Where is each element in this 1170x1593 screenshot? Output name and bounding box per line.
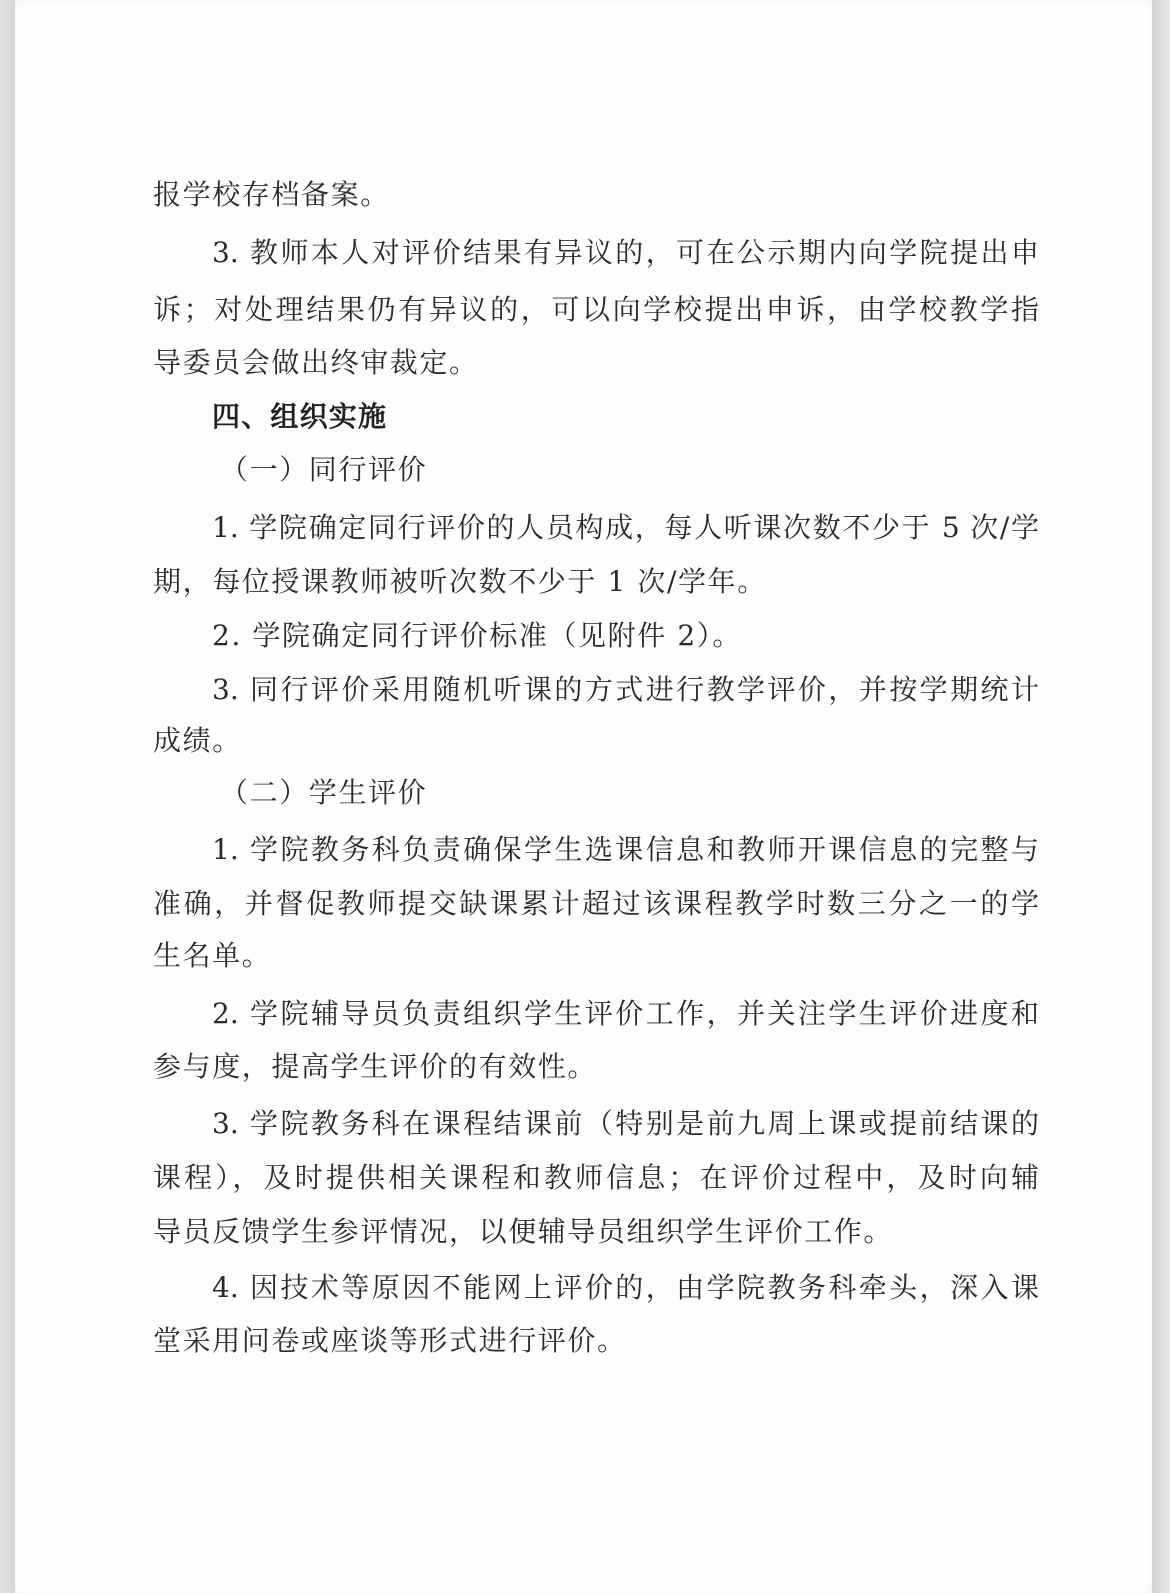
text-line: 3. 同行评价采用随机听课的方式进行教学评价，并按学期统计 [212,670,1039,710]
text-line: 堂采用问卷或座谈等形式进行评价。 [153,1321,1053,1361]
text-line: 4. 因技术等原因不能网上评价的，由学院教务科牵头，深入课 [212,1268,1039,1308]
text-line: 3. 学院教务科在课程结课前（特别是前九周上课或提前结课的 [212,1104,1039,1144]
text-line: 1. 学院确定同行评价的人员构成，每人听课次数不少于 5 次/学 [212,508,1039,548]
text-line: 导委员会做出终审裁定。 [153,343,1053,383]
subsection-heading: （一）同行评价 [220,450,1120,490]
page-edge-right [1152,0,1170,1593]
text-line: 准确，并督促教师提交缺课累计超过该课程教学时数三分之一的学 [153,884,1039,924]
text-line: 诉；对处理结果仍有异议的，可以向学校提出申诉，由学校教学指 [153,290,1039,330]
text-line: 2. 学院确定同行评价标准（见附件 2）。 [212,616,1112,656]
text-line: 生名单。 [153,936,1053,976]
section-heading: 四、组织实施 [212,397,1112,437]
text-line: 导员反馈学生参评情况，以便辅导员组织学生评价工作。 [153,1212,1053,1252]
text-line: 课程），及时提供相关课程和教师信息；在评价过程中，及时向辅 [153,1158,1039,1198]
text-line: 3. 教师本人对评价结果有异议的，可在公示期内向学院提出申 [212,233,1039,273]
page-edge-left [0,0,15,1593]
text-line: 1. 学院教务科负责确保学生选课信息和教师开课信息的完整与 [212,830,1039,870]
text-line: 报学校存档备案。 [153,175,1053,215]
subsection-heading: （二）学生评价 [220,773,1120,813]
document-page: 报学校存档备案。 3. 教师本人对评价结果有异议的，可在公示期内向学院提出申 诉… [15,0,1152,1593]
text-line: 参与度，提高学生评价的有效性。 [153,1047,1053,1087]
text-line: 期，每位授课教师被听次数不少于 1 次/学年。 [153,562,1053,602]
text-line: 成绩。 [153,721,1053,761]
text-line: 2. 学院辅导员负责组织学生评价工作，并关注学生评价进度和 [212,994,1039,1034]
